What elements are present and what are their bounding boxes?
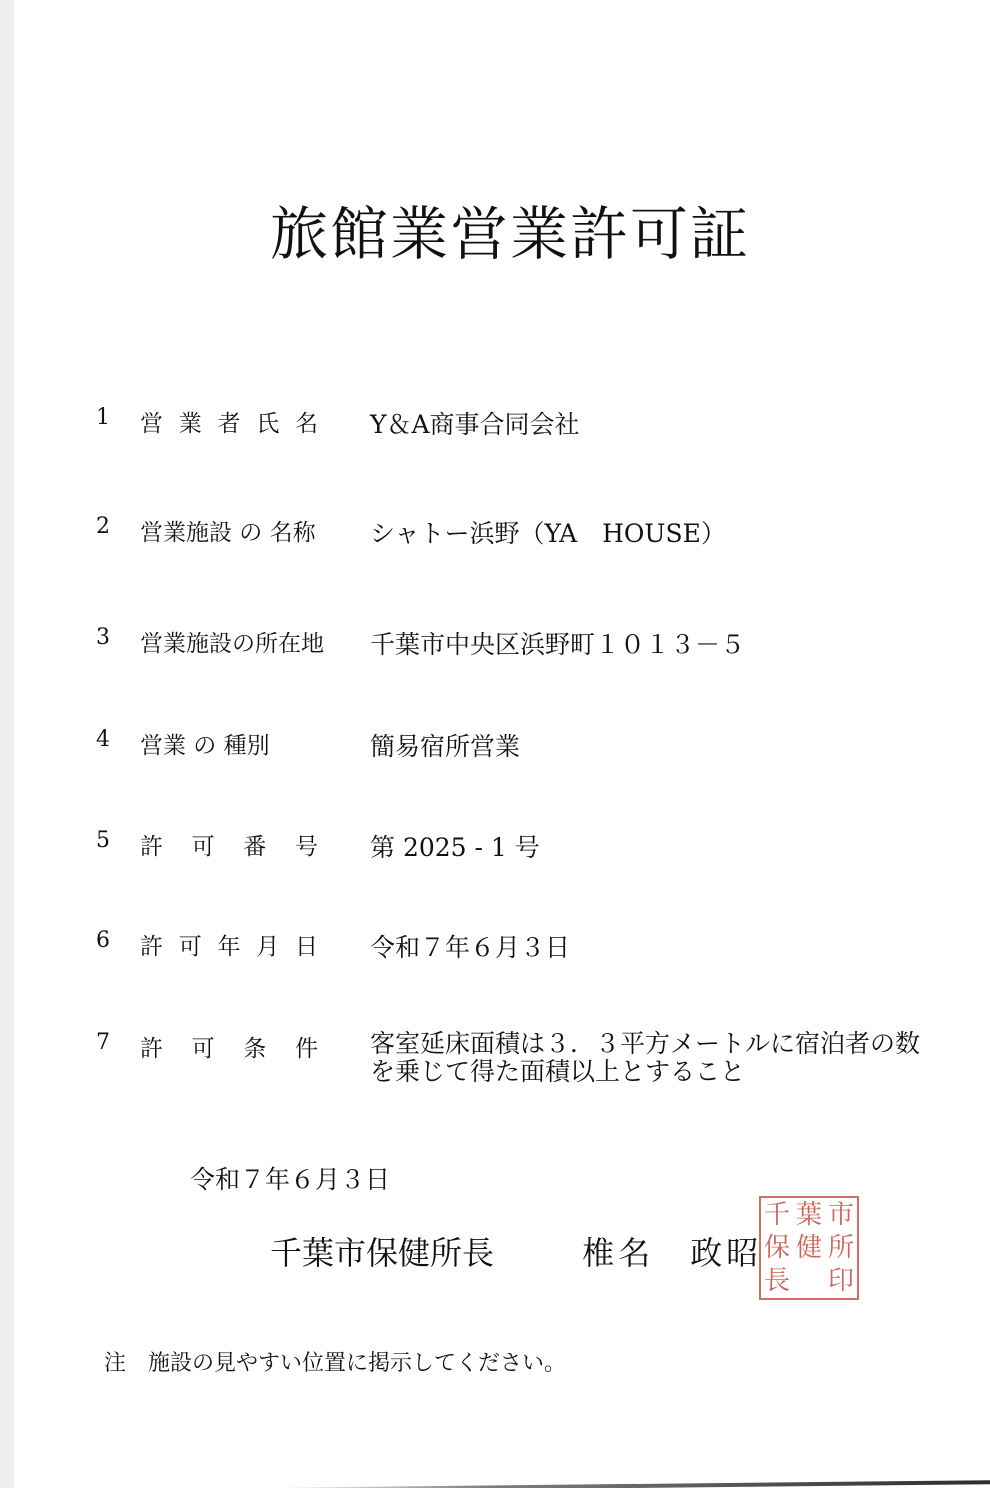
label-char: 可 [192,828,215,861]
label-char: 者 [218,405,241,438]
label-char: 業 [179,405,202,438]
seal-char: 保 [761,1235,793,1261]
label-char: 可 [179,928,202,961]
item-number: 2 [96,514,110,539]
label-char: 許 [140,928,163,961]
item-number: 7 [96,1030,110,1055]
label-char: 営 [140,405,163,438]
item-number: 5 [96,828,110,853]
label-char: 年 [218,928,241,961]
label-char: 名 [295,405,318,438]
permit-conditions: 客室延床面積は３．３平方メートルに宿泊者の数 を乗じて得た面積以上とすること [370,1030,970,1086]
item-row-7: 7 許 可 条 件 客室延床面積は３．３平方メートルに宿泊者の数 を乗じて得た面… [0,1030,990,1090]
issue-date: 令和７年６月３日 [190,1160,390,1196]
item-row-2: 2 営業施設 の 名称 シャトー浜野（YA HOUSE） [0,514,990,554]
permit-number: 第 2025 - 1 号 [370,828,540,864]
seal-char: 千 [761,1202,793,1228]
item-row-5: 5 許 可 番 号 第 2025 - 1 号 [0,828,990,868]
label-char: 可 [192,1030,215,1063]
issuer-name: 椎名 政昭 [582,1228,762,1274]
seal-char: 印 [825,1268,857,1294]
note-prefix: 注 [104,1351,126,1376]
business-type: 簡易宿所営業 [370,727,520,763]
seal-char: 葉 [793,1202,825,1228]
item-label: 営業 の 種別 [140,727,330,760]
item-row-3: 3 営業施設の所在地 千葉市中央区浜野町１０１３－５ [0,625,990,665]
item-label: 営 業 者 氏 名 [140,405,318,438]
item-number: 4 [96,727,110,752]
note-text: 施設の見やすい位置に掲示してください。 [148,1351,566,1376]
issuer-block: 千葉市保健所長 椎名 政昭 [270,1228,762,1274]
item-label: 営業施設 の 名称 [140,514,330,547]
official-seal-icon: 市 葉 千 所 健 保 印 長 [759,1196,859,1300]
item-label: 許 可 番 号 [140,828,318,861]
item-number: 1 [96,405,110,430]
label-char: 号 [295,828,318,861]
permit-date: 令和７年６月３日 [370,928,570,964]
issuer-title: 千葉市保健所長 [270,1228,494,1274]
item-number: 3 [96,625,110,650]
seal-char: 長 [761,1268,793,1294]
document-title: 旅館業営業許可証 [270,196,750,272]
label-char: 許 [140,828,163,861]
seal-char: 所 [825,1235,857,1261]
seal-char: 健 [793,1235,825,1261]
condition-line-2: を乗じて得た面積以上とすること [370,1058,970,1086]
label-char: 件 [295,1030,318,1063]
label-char: 月 [256,928,279,961]
operator-name: Y＆A商事合同会社 [370,405,580,441]
label-char: 条 [243,1030,266,1063]
item-row-4: 4 営業 の 種別 簡易宿所営業 [0,727,990,767]
label-char: 氏 [256,405,279,438]
footnote: 注施設の見やすい位置に掲示してください。 [104,1346,566,1377]
page-shadow [270,1480,990,1488]
condition-line-1: 客室延床面積は３．３平方メートルに宿泊者の数 [370,1030,970,1058]
label-char: 日 [295,928,318,961]
item-row-1: 1 営 業 者 氏 名 Y＆A商事合同会社 [0,405,990,445]
item-label: 許 可 年 月 日 [140,928,318,961]
label-char: 許 [140,1030,163,1063]
facility-address: 千葉市中央区浜野町１０１３－５ [370,625,745,661]
facility-name: シャトー浜野（YA HOUSE） [370,514,726,550]
label-char: 番 [243,828,266,861]
item-label: 営業施設の所在地 [140,625,330,658]
seal-char: 市 [825,1202,857,1228]
item-number: 6 [96,928,110,953]
item-label: 許 可 条 件 [140,1030,318,1063]
item-row-6: 6 許 可 年 月 日 令和７年６月３日 [0,928,990,968]
